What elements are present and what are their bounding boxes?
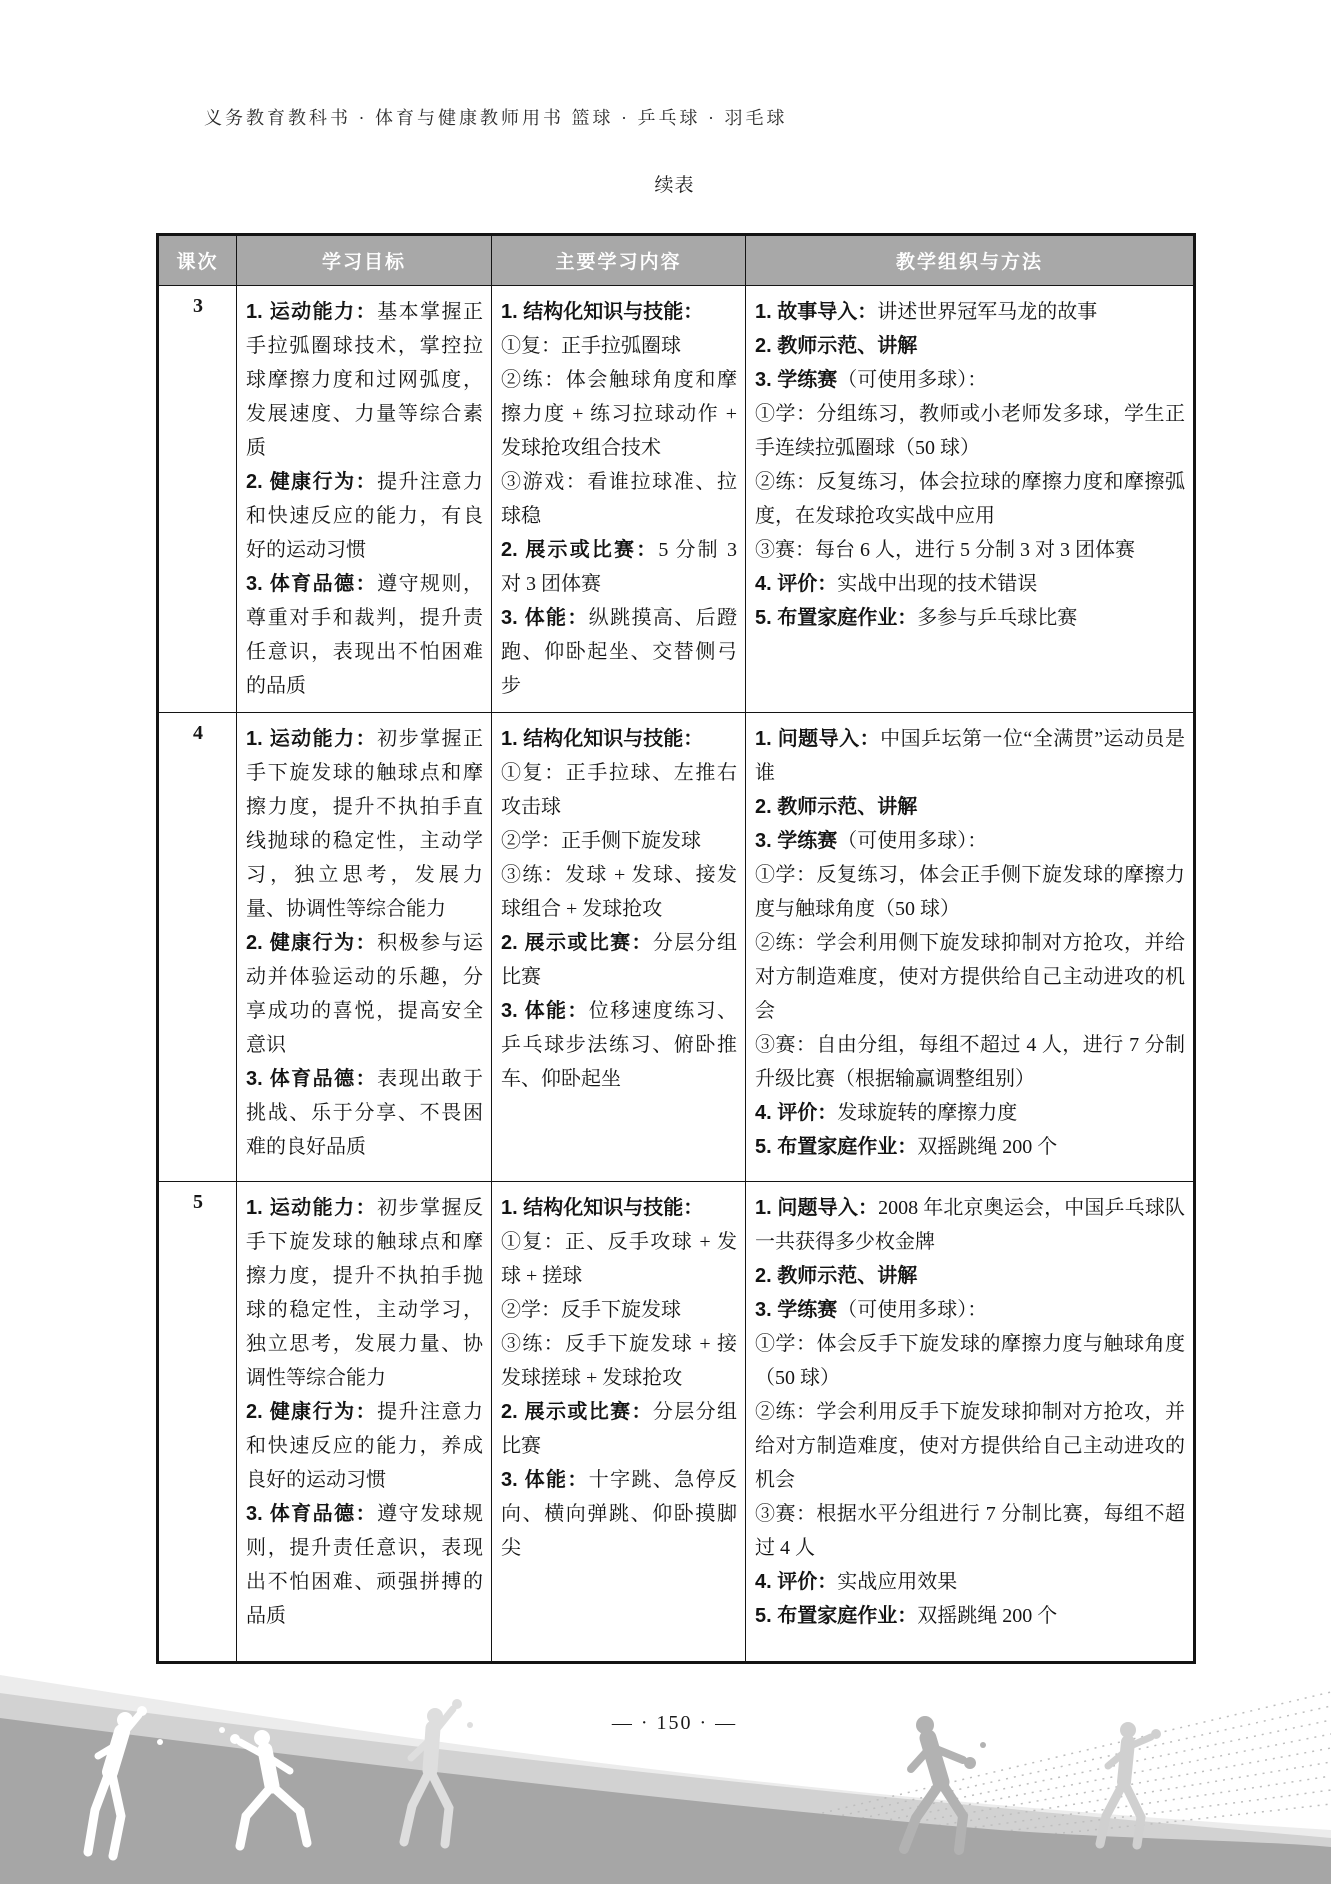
- bold-text-run: 5. 布置家庭作业：: [755, 1136, 917, 1158]
- table-header-row: 课次学习目标主要学习内容教学组织与方法: [158, 235, 1195, 286]
- objectives-cell: 1. 运动能力：初步掌握正手下旋发球的触球点和摩擦力度，提升不执拍手直线抛球的稳…: [237, 713, 492, 1182]
- paragraph: ③赛：每台 6 人，进行 5 分制 3 对 3 团体赛: [755, 533, 1185, 567]
- bold-text-run: 2. 健康行为：: [246, 932, 377, 954]
- text-run: ③游戏：看谁拉球准、拉球稳: [501, 471, 737, 527]
- text-run: ③赛：根据水平分组进行 7 分制比赛，每组不超过 4 人: [755, 1503, 1185, 1559]
- bold-text-run: 2. 教师示范、讲解: [755, 796, 917, 818]
- column-header-1: 学习目标: [237, 235, 492, 286]
- text-run: ③赛：每台 6 人，进行 5 分制 3 对 3 团体赛: [755, 539, 1135, 561]
- paragraph: 3. 学练赛（可使用多球）：: [755, 363, 1185, 397]
- text-run: 初步掌握反手下旋发球的触球点和摩擦力度，提升不执拍手抛球的稳定性，主动学习，独立…: [246, 1197, 483, 1389]
- bold-text-run: 3. 体育品德：: [246, 1068, 377, 1090]
- text-run: ①复：正手拉弧圈球: [501, 335, 681, 357]
- paragraph: ②学：正手侧下旋发球: [501, 824, 737, 858]
- text-run: 发球旋转的摩擦力度: [837, 1102, 1017, 1124]
- text-run: ①学：体会反手下旋发球的摩擦力度与触球角度（50 球）: [755, 1333, 1185, 1389]
- bold-text-run: 3. 体能：: [501, 1469, 589, 1491]
- objectives-cell: 1. 运动能力：基本掌握正手拉弧圈球技术，掌控拉球摩擦力度和过网弧度，发展速度、…: [237, 286, 492, 713]
- text-run: 基本掌握正手拉弧圈球技术，掌控拉球摩擦力度和过网弧度，发展速度、力量等综合素质: [246, 301, 483, 459]
- text-run: 多参与乒乓球比赛: [917, 607, 1077, 629]
- paragraph: 4. 评价：实战应用效果: [755, 1565, 1185, 1599]
- text-run: 实战中出现的技术错误: [837, 573, 1037, 595]
- paragraph: 2. 健康行为：提升注意力和快速反应的能力，养成良好的运动习惯: [246, 1395, 483, 1497]
- bold-text-run: 1. 问题导入：: [755, 728, 880, 750]
- paragraph: 5. 布置家庭作业：多参与乒乓球比赛: [755, 601, 1185, 635]
- paragraph: 4. 评价：发球旋转的摩擦力度: [755, 1096, 1185, 1130]
- bold-text-run: 4. 评价：: [755, 1102, 837, 1124]
- table-row: 31. 运动能力：基本掌握正手拉弧圈球技术，掌控拉球摩擦力度和过网弧度，发展速度…: [158, 286, 1195, 713]
- paragraph: 2. 健康行为：提升注意力和快速反应的能力，有良好的运动习惯: [246, 465, 483, 567]
- text-run: ②练：学会利用反手下旋发球抑制对方抢攻，并给对方制造难度，使对方提供给自己主动进…: [755, 1401, 1185, 1491]
- text-run: （可使用多球）：: [837, 369, 987, 391]
- lesson-cell: 4: [158, 713, 237, 1182]
- paragraph: ②练：学会利用反手下旋发球抑制对方抢攻，并给对方制造难度，使对方提供给自己主动进…: [755, 1395, 1185, 1497]
- paragraph: 1. 结构化知识与技能：: [501, 1191, 737, 1225]
- bold-text-run: 1. 运动能力：: [246, 728, 377, 750]
- bold-text-run: 5. 布置家庭作业：: [755, 1605, 917, 1627]
- page: 义务教育教科书 · 体育与健康教师用书 篮球 · 乒乓球 · 羽毛球 续表 课次…: [0, 0, 1331, 1884]
- running-header: 义务教育教科书 · 体育与健康教师用书 篮球 · 乒乓球 · 羽毛球: [204, 104, 787, 130]
- text-run: ①复：正、反手攻球 + 发球 + 搓球: [501, 1231, 737, 1287]
- text-run: ①学：分组练习，教师或小老师发多球，学生正手连续拉弧圈球（50 球）: [755, 403, 1185, 459]
- paragraph: 3. 体能：纵跳摸高、后蹬跑、仰卧起坐、交替侧弓步: [501, 601, 737, 703]
- column-header-2: 主要学习内容: [492, 235, 746, 286]
- paragraph: 2. 展示或比赛：5 分制 3 对 3 团体赛: [501, 533, 737, 601]
- paragraph: 2. 健康行为：积极参与运动并体验运动的乐趣，分享成功的喜悦，提高安全意识: [246, 926, 483, 1062]
- paragraph: 2. 教师示范、讲解: [755, 790, 1185, 824]
- bold-text-run: 1. 结构化知识与技能：: [501, 728, 703, 750]
- text-run: ③赛：自由分组，每组不超过 4 人，进行 7 分制升级比赛（根据输赢调整组别）: [755, 1034, 1185, 1090]
- bold-text-run: 2. 展示或比赛：: [501, 932, 653, 954]
- paragraph: 1. 运动能力：基本掌握正手拉弧圈球技术，掌控拉球摩擦力度和过网弧度，发展速度、…: [246, 295, 483, 465]
- text-run: ①复：正手拉球、左推右攻击球: [501, 762, 737, 818]
- footer-decoration: [0, 1650, 1331, 1884]
- bold-text-run: 3. 学练赛: [755, 369, 837, 391]
- paragraph: ③练：反手下旋发球 + 接发球搓球 + 发球抢攻: [501, 1327, 737, 1395]
- text-run: ②学：反手下旋发球: [501, 1299, 681, 1321]
- paragraph: 2. 展示或比赛：分层分组比赛: [501, 1395, 737, 1463]
- bold-text-run: 2. 健康行为：: [246, 471, 377, 493]
- paragraph: 3. 体育品德：表现出敢于挑战、乐于分享、不畏困难的良好品质: [246, 1062, 483, 1164]
- paragraph: ③赛：自由分组，每组不超过 4 人，进行 7 分制升级比赛（根据输赢调整组别）: [755, 1028, 1185, 1096]
- paragraph: 1. 结构化知识与技能：: [501, 295, 737, 329]
- bold-text-run: 2. 健康行为：: [246, 1401, 377, 1423]
- paragraph: 1. 运动能力：初步掌握反手下旋发球的触球点和摩擦力度，提升不执拍手抛球的稳定性…: [246, 1191, 483, 1395]
- bold-text-run: 3. 体能：: [501, 1000, 589, 1022]
- paragraph: 1. 运动能力：初步掌握正手下旋发球的触球点和摩擦力度，提升不执拍手直线抛球的稳…: [246, 722, 483, 926]
- paragraph: 1. 问题导入：中国乒坛第一位“全满贯”运动员是谁: [755, 722, 1185, 790]
- methods-cell: 1. 故事导入：讲述世界冠军马龙的故事2. 教师示范、讲解3. 学练赛（可使用多…: [746, 286, 1195, 713]
- bold-text-run: 3. 体育品德：: [246, 1503, 377, 1525]
- bold-text-run: 1. 问题导入：: [755, 1197, 878, 1219]
- column-header-0: 课次: [158, 235, 237, 286]
- paragraph: ①复：正手拉弧圈球: [501, 329, 737, 363]
- paragraph: 3. 体育品德：遵守发球规则，提升责任意识，表现出不怕困难、顽强拼搏的品质: [246, 1497, 483, 1633]
- paragraph: ②练：学会利用侧下旋发球抑制对方抢攻，并给对方制造难度，使对方提供给自己主动进攻…: [755, 926, 1185, 1028]
- table-caption: 续表: [156, 170, 1193, 197]
- paragraph: 4. 评价：实战中出现的技术错误: [755, 567, 1185, 601]
- paragraph: 3. 体能：位移速度练习、乒乓球步法练习、俯卧推车、仰卧起坐: [501, 994, 737, 1096]
- paragraph: ③游戏：看谁拉球准、拉球稳: [501, 465, 737, 533]
- text-run: 讲述世界冠军马龙的故事: [877, 301, 1097, 323]
- text-run: （可使用多球）：: [837, 1299, 987, 1321]
- lesson-plan-table: 课次学习目标主要学习内容教学组织与方法 31. 运动能力：基本掌握正手拉弧圈球技…: [156, 233, 1196, 1664]
- paragraph: 2. 教师示范、讲解: [755, 1259, 1185, 1293]
- text-run: ②练：体会触球角度和摩擦力度 + 练习拉球动作 + 发球抢攻组合技术: [501, 369, 737, 459]
- bold-text-run: 3. 学练赛: [755, 830, 837, 852]
- text-run: ③练：发球 + 发球、接发球组合 + 发球抢攻: [501, 864, 737, 920]
- paragraph: ①学：反复练习，体会正手侧下旋发球的摩擦力度与触球角度（50 球）: [755, 858, 1185, 926]
- bold-text-run: 2. 教师示范、讲解: [755, 335, 917, 357]
- text-run: 双摇跳绳 200 个: [917, 1136, 1057, 1158]
- lesson-cell: 5: [158, 1182, 237, 1663]
- bold-text-run: 1. 结构化知识与技能：: [501, 301, 703, 323]
- content-cell: 1. 结构化知识与技能：①复：正手拉球、左推右攻击球②学：正手侧下旋发球③练：发…: [492, 713, 746, 1182]
- text-run: 双摇跳绳 200 个: [917, 1605, 1057, 1627]
- bold-text-run: 3. 体能：: [501, 607, 589, 629]
- paragraph: 2. 教师示范、讲解: [755, 329, 1185, 363]
- bold-text-run: 1. 结构化知识与技能：: [501, 1197, 703, 1219]
- methods-cell: 1. 问题导入：2008 年北京奥运会，中国乒乓球队一共获得多少枚金牌2. 教师…: [746, 1182, 1195, 1663]
- paragraph: 1. 问题导入：2008 年北京奥运会，中国乒乓球队一共获得多少枚金牌: [755, 1191, 1185, 1259]
- bold-text-run: 2. 展示或比赛：: [501, 1401, 653, 1423]
- bold-text-run: 2. 展示或比赛：: [501, 539, 658, 561]
- paragraph: 2. 展示或比赛：分层分组比赛: [501, 926, 737, 994]
- paragraph: ①学：分组练习，教师或小老师发多球，学生正手连续拉弧圈球（50 球）: [755, 397, 1185, 465]
- paragraph: ①复：正手拉球、左推右攻击球: [501, 756, 737, 824]
- bold-text-run: 3. 体育品德：: [246, 573, 377, 595]
- paragraph: 5. 布置家庭作业：双摇跳绳 200 个: [755, 1130, 1185, 1164]
- bold-text-run: 4. 评价：: [755, 1571, 837, 1593]
- paragraph: ①学：体会反手下旋发球的摩擦力度与触球角度（50 球）: [755, 1327, 1185, 1395]
- paragraph: 3. 学练赛（可使用多球）：: [755, 824, 1185, 858]
- bold-text-run: 1. 运动能力：: [246, 1197, 377, 1219]
- text-run: 实战应用效果: [837, 1571, 957, 1593]
- bold-text-run: 1. 运动能力：: [246, 301, 377, 323]
- text-run: ②练：反复练习，体会拉球的摩擦力度和摩擦弧度，在发球抢攻实战中应用: [755, 471, 1185, 527]
- paragraph: ①复：正、反手攻球 + 发球 + 搓球: [501, 1225, 737, 1293]
- paragraph: ②练：体会触球角度和摩擦力度 + 练习拉球动作 + 发球抢攻组合技术: [501, 363, 737, 465]
- paragraph: 1. 故事导入：讲述世界冠军马龙的故事: [755, 295, 1185, 329]
- bold-text-run: 2. 教师示范、讲解: [755, 1265, 917, 1287]
- bold-text-run: 1. 故事导入：: [755, 301, 877, 323]
- paragraph: 3. 体育品德：遵守规则，尊重对手和裁判，提升责任意识，表现出不怕困难的品质: [246, 567, 483, 703]
- lesson-cell: 3: [158, 286, 237, 713]
- text-run: ②练：学会利用侧下旋发球抑制对方抢攻，并给对方制造难度，使对方提供给自己主动进攻…: [755, 932, 1185, 1022]
- methods-cell: 1. 问题导入：中国乒坛第一位“全满贯”运动员是谁2. 教师示范、讲解3. 学练…: [746, 713, 1195, 1182]
- text-run: ②学：正手侧下旋发球: [501, 830, 701, 852]
- paragraph: 1. 结构化知识与技能：: [501, 722, 737, 756]
- paragraph: ②练：反复练习，体会拉球的摩擦力度和摩擦弧度，在发球抢攻实战中应用: [755, 465, 1185, 533]
- text-run: ①学：反复练习，体会正手侧下旋发球的摩擦力度与触球角度（50 球）: [755, 864, 1185, 920]
- paragraph: ②学：反手下旋发球: [501, 1293, 737, 1327]
- text-run: （可使用多球）：: [837, 830, 987, 852]
- bold-text-run: 5. 布置家庭作业：: [755, 607, 917, 629]
- table-row: 51. 运动能力：初步掌握反手下旋发球的触球点和摩擦力度，提升不执拍手抛球的稳定…: [158, 1182, 1195, 1663]
- bold-text-run: 3. 学练赛: [755, 1299, 837, 1321]
- paragraph: 3. 体能：十字跳、急停反向、横向弹跳、仰卧摸脚尖: [501, 1463, 737, 1565]
- paragraph: 5. 布置家庭作业：双摇跳绳 200 个: [755, 1599, 1185, 1633]
- column-header-3: 教学组织与方法: [746, 235, 1195, 286]
- table-row: 41. 运动能力：初步掌握正手下旋发球的触球点和摩擦力度，提升不执拍手直线抛球的…: [158, 713, 1195, 1182]
- text-run: 初步掌握正手下旋发球的触球点和摩擦力度，提升不执拍手直线抛球的稳定性，主动学习，…: [246, 728, 483, 920]
- objectives-cell: 1. 运动能力：初步掌握反手下旋发球的触球点和摩擦力度，提升不执拍手抛球的稳定性…: [237, 1182, 492, 1663]
- paragraph: 3. 学练赛（可使用多球）：: [755, 1293, 1185, 1327]
- content-cell: 1. 结构化知识与技能：①复：正、反手攻球 + 发球 + 搓球②学：反手下旋发球…: [492, 1182, 746, 1663]
- content-cell: 1. 结构化知识与技能：①复：正手拉弧圈球②练：体会触球角度和摩擦力度 + 练习…: [492, 286, 746, 713]
- paragraph: ③练：发球 + 发球、接发球组合 + 发球抢攻: [501, 858, 737, 926]
- paragraph: ③赛：根据水平分组进行 7 分制比赛，每组不超过 4 人: [755, 1497, 1185, 1565]
- text-run: ③练：反手下旋发球 + 接发球搓球 + 发球抢攻: [501, 1333, 737, 1389]
- bold-text-run: 4. 评价：: [755, 573, 837, 595]
